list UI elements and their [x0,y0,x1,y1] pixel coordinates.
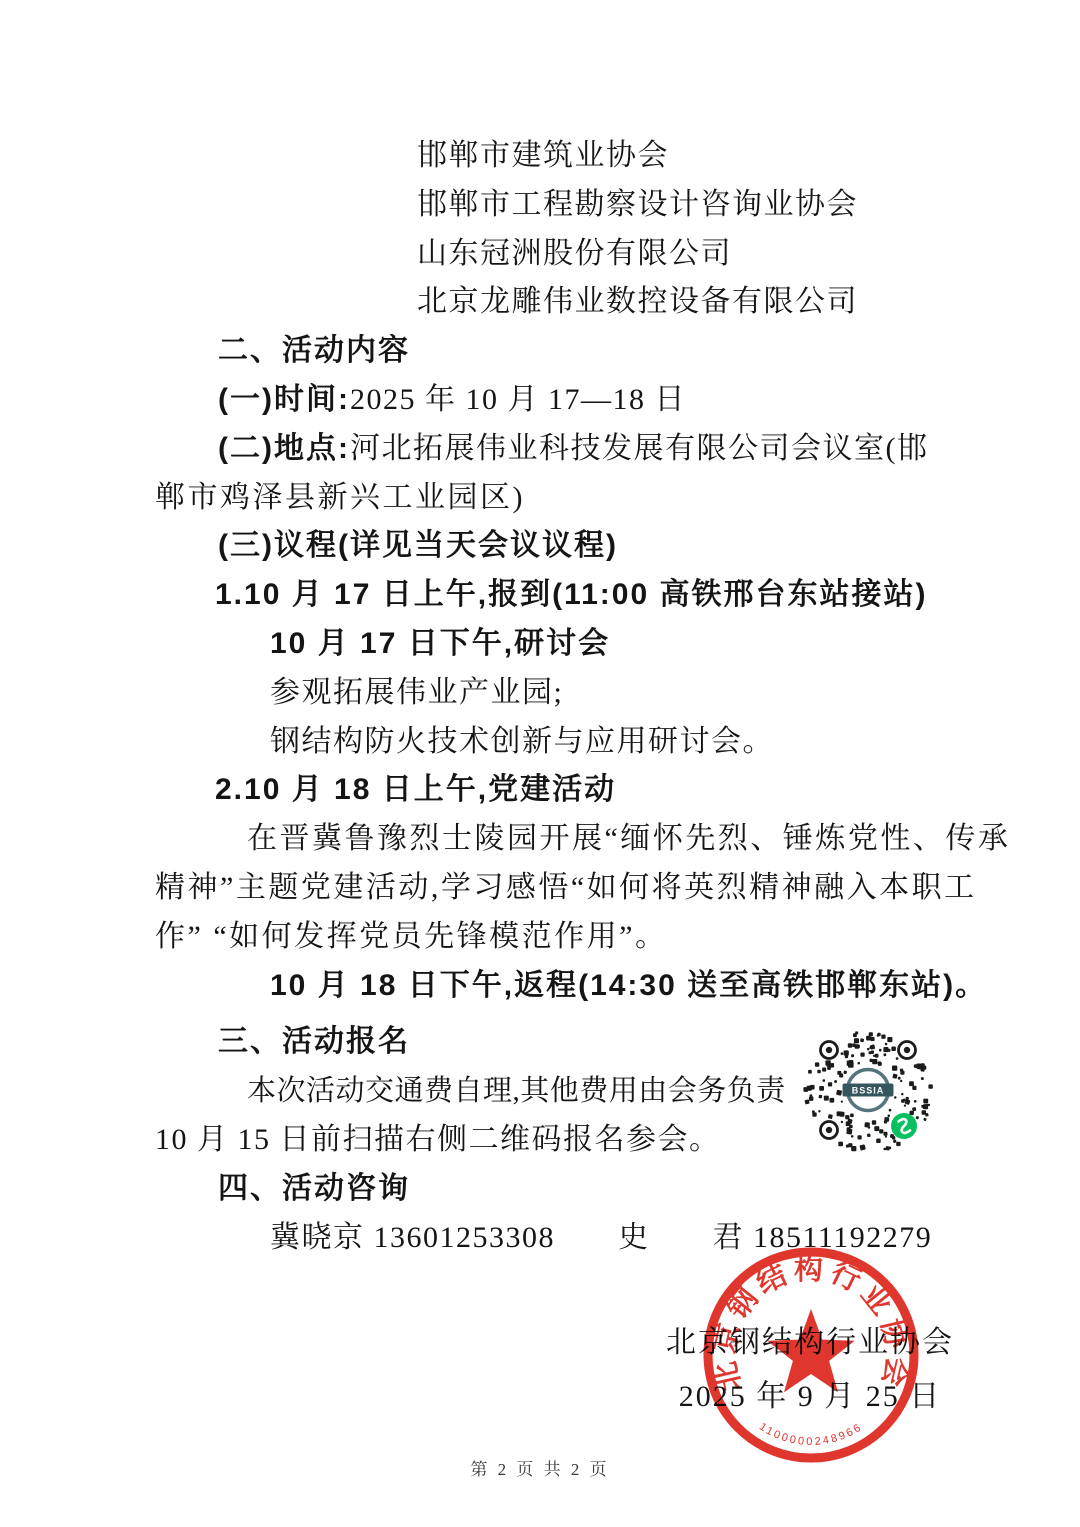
agenda-item-2-paragraph: 作” “如何发挥党员先锋模范作用”。 [155,913,1080,962]
qr-center-badge: BSSIA [843,1066,894,1115]
contact-line: 冀晓京 13601253308 史 君 18511192279 [270,1214,1080,1263]
wechat-icon [891,1113,917,1139]
place-value: 河北拓展伟业科技发展有限公司会议室(邯 [350,432,929,465]
cc-organization: 北京龙雕伟业数控设备有限公司 [417,278,1080,327]
agenda-item-2-return: 10 月 18 日下午,返程(14:30 送至高铁邯郸东站)。 [270,962,1080,1011]
agenda-item-1-title: 1.10 月 17 日上午,报到(11:00 高铁邢台东站接站) [215,571,1080,620]
agenda-item-2-paragraph: 在晋冀鲁豫烈士陵园开展“缅怀先烈、锤炼党性、传承 [247,815,1080,864]
time-label: (一)时间: [218,383,350,416]
place-continuation: 郸市鸡泽县新兴工业园区) [155,474,1080,523]
document-page: 邯郸市建筑业协会 邯郸市工程勘察设计咨询业协会 山东冠洲股份有限公司 北京龙雕伟… [0,0,1080,1527]
section-heading-consult: 四、活动咨询 [218,1165,1080,1214]
place-label: (二)地点: [218,432,350,465]
agenda-item-2-paragraph: 精神”主题党建活动,学习感悟“如何将英烈精神融入本职工 [155,864,1080,913]
cc-organization: 邯郸市建筑业协会 [417,132,1080,181]
time-value: 2025 年 10 月 17—18 日 [350,383,686,416]
cc-organization: 邯郸市工程勘察设计咨询业协会 [417,181,1080,230]
agenda-item-2-title: 2.10 月 18 日上午,党建活动 [215,766,1080,815]
agenda-heading: (三)议程(详见当天会议议程) [218,522,1080,571]
agenda-item-1-afternoon: 10 月 17 日下午,研讨会 [270,620,1080,669]
qr-badge-label: BSSIA [852,1086,885,1096]
section-heading-signup: 三、活动报名 [218,1018,1080,1067]
page-footer: 第 2 页 共 2 页 [0,1455,1080,1480]
qr-code: BSSIA [795,1026,941,1164]
cc-organization: 山东冠洲股份有限公司 [417,230,1080,279]
place-line: (二)地点:河北拓展伟业科技发展有限公司会议室(邯 [218,425,1080,474]
signup-text: 10 月 15 日前扫描右侧二维码报名参会。 [155,1116,1080,1165]
seal-star-icon [767,1309,854,1392]
agenda-item-1-detail: 钢结构防火技术创新与应用研讨会。 [270,718,1080,767]
official-seal: 北京钢结构行业协会 1100000248966 [699,1243,923,1467]
seal-serial-number: 1100000248966 [757,1421,865,1448]
agenda-item-1-detail: 参观拓展伟业产业园; [270,669,1080,718]
svg-text:1100000248966: 1100000248966 [757,1421,865,1448]
signup-text: 本次活动交通费自理,其他费用由会务负责 [247,1067,1080,1116]
time-line: (一)时间:2025 年 10 月 17—18 日 [218,376,1080,425]
section-heading-activity-content: 二、活动内容 [218,327,1080,376]
